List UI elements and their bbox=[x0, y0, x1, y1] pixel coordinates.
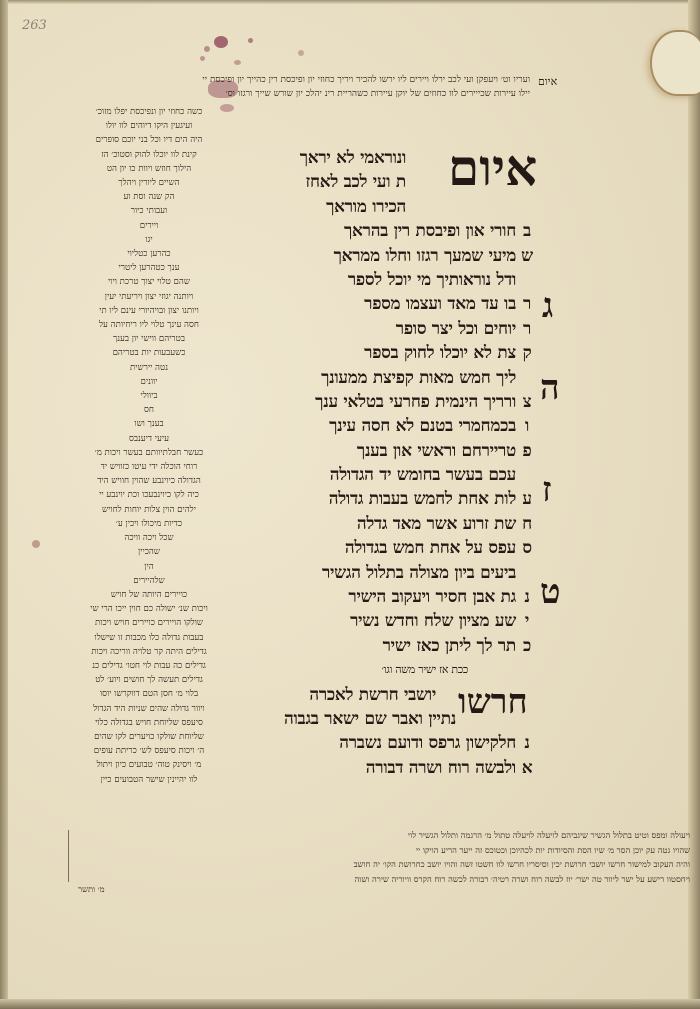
commentary-line: ויותנו יצון ובויהיורי עינם ליו תי bbox=[64, 304, 234, 318]
commentary-line: גדילים היתה קר טלויה ווריכה ויכות bbox=[64, 645, 234, 659]
main-line: פטריירחם וראשי און בענך bbox=[238, 439, 538, 463]
main-line: כתר לך ליתן כאז ישיר bbox=[238, 634, 538, 658]
commentary-line: כיה לקו כיוינבעכו וכת יוינבע יי bbox=[64, 488, 234, 502]
main-line: אולבשה רוח ושרה דבורה bbox=[238, 756, 538, 780]
main-line: סעפס על אחת חמש בגדולה bbox=[238, 536, 538, 560]
commentary-line: ביוולי bbox=[64, 389, 234, 403]
commentary-line: השיים ליורין ויהלך bbox=[64, 176, 234, 190]
commentary-line: כשה כחוזי יון ונפיכסת יפלו מזוכ׳ bbox=[64, 105, 234, 119]
commentary-line: שהויו גטה עק יוכן הסר מ׳ שיו הסת והסיודו… bbox=[240, 843, 690, 858]
folio-number: 263 bbox=[22, 18, 47, 33]
main-line: ובכמחמרי בטנם לא חסה עינך bbox=[238, 414, 538, 438]
main-line: ריוחים וכל יצר סופר bbox=[238, 317, 538, 341]
commentary-line: לוו יהיינין שישר הטבועים כיין bbox=[64, 773, 234, 787]
commentary-line: ה׳ ויכות סיעפס לש׳ כריתת עופים bbox=[64, 744, 234, 758]
commentary-line: ויירים bbox=[64, 219, 234, 233]
commentary-line: ויכות שנ׳ ישולה כם חוין ייכו הרי שי bbox=[64, 602, 234, 616]
commentary-line: שולקו הויירים כויירים חויש ויכות bbox=[64, 616, 234, 630]
commentary-line: שהכיין bbox=[64, 545, 234, 559]
main-line: חשת זרוע אשר מאד גדלה bbox=[238, 512, 538, 536]
commentary-line: גדילים תעשה לך חושים ויוע׳ לט bbox=[64, 673, 234, 687]
parchment-hole bbox=[650, 30, 700, 96]
commentary-line: ענך כטהרען ליטרי bbox=[64, 261, 234, 275]
commentary-line: מ׳ ויסינק טוה׳ טבועים כיון ויתול bbox=[64, 758, 234, 772]
binding-gutter bbox=[0, 0, 8, 1009]
commentary-line: ויוור גדולה שהים שניות היד הגדול bbox=[64, 702, 234, 716]
commentary-line: יגו bbox=[64, 233, 234, 247]
main-line: ת ועי לכב לאחז bbox=[238, 170, 538, 194]
commentary-line: כויירים היותה של חויש bbox=[64, 588, 234, 602]
main-line: ביעים ביון מצולה בתלול הגשיר bbox=[238, 561, 538, 585]
commentary-line: כדיות מיכולו ויכין ע׳ bbox=[64, 517, 234, 531]
manuscript-page: 263 איום ועריו וט׳ ויעפקן ועי לכב ירלו ו… bbox=[0, 0, 700, 1009]
commentary-line: ויחסטוו רישע על ישר ליוור טה ישר׳ יוז לב… bbox=[240, 872, 690, 887]
commentary-line: שכל ויכה וויכה bbox=[64, 531, 234, 545]
main-line: נתיין ואבר שם ישאר בגבוה bbox=[238, 707, 538, 731]
main-line: הכירו מוראך bbox=[238, 195, 538, 219]
commentary-line: הין bbox=[64, 560, 234, 574]
commentary-line: בעבות גדולה כלו מכבות זו שישלו bbox=[64, 631, 234, 645]
header-commentary-line: יילו עיירות שכייירים לוו כחוזים של יוקן … bbox=[225, 88, 530, 100]
page-bottom-edge bbox=[0, 999, 700, 1009]
header-commentary-line: ועריו וט׳ ויעפקן ועי לכב ירלו ויירים ליו… bbox=[202, 74, 530, 86]
main-line: נגת אבן חסיר ויעקוב הישיר bbox=[238, 585, 538, 609]
commentary-line: יוונים bbox=[64, 375, 234, 389]
main-line: קצת לא יוכלו לחוק בספר bbox=[238, 341, 538, 365]
pencil-mark bbox=[68, 830, 69, 882]
initial-gimel: ג bbox=[542, 286, 553, 326]
commentary-line: שליוחת שולקו כויערים לקו שהים bbox=[64, 730, 234, 744]
commentary-line: והיה העקוב למישור חרשו יושבי חרושת יכין … bbox=[240, 857, 690, 872]
commentary-line: עיעי דיענבס bbox=[64, 432, 234, 446]
initial-zayin: ז bbox=[542, 470, 551, 510]
commentary-line-end: מ׳ ותשר bbox=[78, 884, 105, 894]
commentary-line: שהם טלוי יצוך טרכת ויוי bbox=[64, 275, 234, 289]
margin-stain bbox=[32, 540, 40, 548]
commentary-line: סיעפס שליוחת חויש בגדולה כלוי bbox=[64, 716, 234, 730]
bottom-commentary: ויעולה ומפס וטיט בתלול הגשיר שיגביהם לוי… bbox=[240, 828, 690, 886]
main-line: ישע מציון שלח וחדש נשיר bbox=[238, 609, 538, 633]
commentary-line: גדילים כה עבות לוי חטו׳ גדילים כנ bbox=[64, 659, 234, 673]
commentary-line: כהרען כטליוי bbox=[64, 247, 234, 261]
commentary-line: הק שנה וסת וע bbox=[64, 190, 234, 204]
page-top-edge bbox=[0, 0, 700, 4]
main-line-rubric: ככת אז ישיר משה וגו׳ bbox=[238, 658, 538, 682]
commentary-line: בלוי מ׳ חסן הטם דווקרשו יוסו bbox=[64, 687, 234, 701]
initial-he: ה bbox=[540, 368, 560, 408]
commentary-line: ילהים הוין צלות יוחות לחויש bbox=[64, 503, 234, 517]
commentary-line: כעשר חבלתיוותם בעשר ויכות מ׳ bbox=[64, 446, 234, 460]
main-line: ליך חמש מאות קפיצת ממעונך bbox=[238, 366, 538, 390]
commentary-line: בטריהם ווישי יון בענך bbox=[64, 332, 234, 346]
initial-tet: ט bbox=[540, 572, 561, 612]
commentary-line: רוחי הוכלה ידי עיטו כזוויש יד bbox=[64, 460, 234, 474]
commentary-line: חס bbox=[64, 403, 234, 417]
main-line: נחלקישון גרפס ודועם נשברה bbox=[238, 731, 538, 755]
commentary-line: נטה יירשית bbox=[64, 361, 234, 375]
main-line: צורריך הינמית פחרעי בטלאי ענך bbox=[238, 390, 538, 414]
commentary-line: היה הים דיו וכל בני יוכם סופרים bbox=[64, 133, 234, 147]
commentary-line: ועיגעין היקו דיוהים לוו יולו bbox=[64, 119, 234, 133]
side-commentary: כשה כחוזי יון ונפיכסת יפלו מזוכ׳ ועיגעין… bbox=[64, 105, 234, 787]
commentary-line: ויעולה ומפס וטיט בתלול הגשיר שיגביהם לוי… bbox=[240, 828, 690, 843]
main-line: בחורי און ופיבסת רין בהראך bbox=[238, 219, 538, 243]
main-line: עלות אחת לחמש בעבות גדולה bbox=[238, 487, 538, 511]
main-line: שמיעי שמעך רגזו וחלו ממראך bbox=[238, 244, 538, 268]
commentary-line: בענך ושו bbox=[64, 417, 234, 431]
main-line: רבו עד מאד ועצמו מספר bbox=[238, 292, 538, 316]
commentary-line: הילוך חוזש ויוות כו יון הט bbox=[64, 162, 234, 176]
main-line: עכם בעשר בחומש יד הגדולה bbox=[238, 463, 538, 487]
commentary-line: שלהיירים bbox=[64, 574, 234, 588]
main-text-block: ונוראמי לא יראך ת ועי לכב לאחז הכירו מור… bbox=[238, 146, 538, 780]
commentary-line: כשעבעות יות בטריהם bbox=[64, 346, 234, 360]
header-lemma: איום bbox=[538, 75, 557, 88]
commentary-line: חסה עינך טלוי ליו ריחיותה על bbox=[64, 318, 234, 332]
main-line: ונוראמי לא יראך bbox=[238, 146, 538, 170]
commentary-line: ויותנה יגוזי יצון ויריעתי יעין bbox=[64, 290, 234, 304]
main-line: ודל נוראותיך מי יוכל לספר bbox=[238, 268, 538, 292]
commentary-line: הגדולה כיוינבע שהוין חוויש היד bbox=[64, 474, 234, 488]
main-line: יושבי חרשת לאכרה bbox=[238, 683, 538, 707]
commentary-line: ועבותי כיור bbox=[64, 204, 234, 218]
commentary-line: קינת לוו יוכלו להוק וסטוכ׳ הז bbox=[64, 148, 234, 162]
